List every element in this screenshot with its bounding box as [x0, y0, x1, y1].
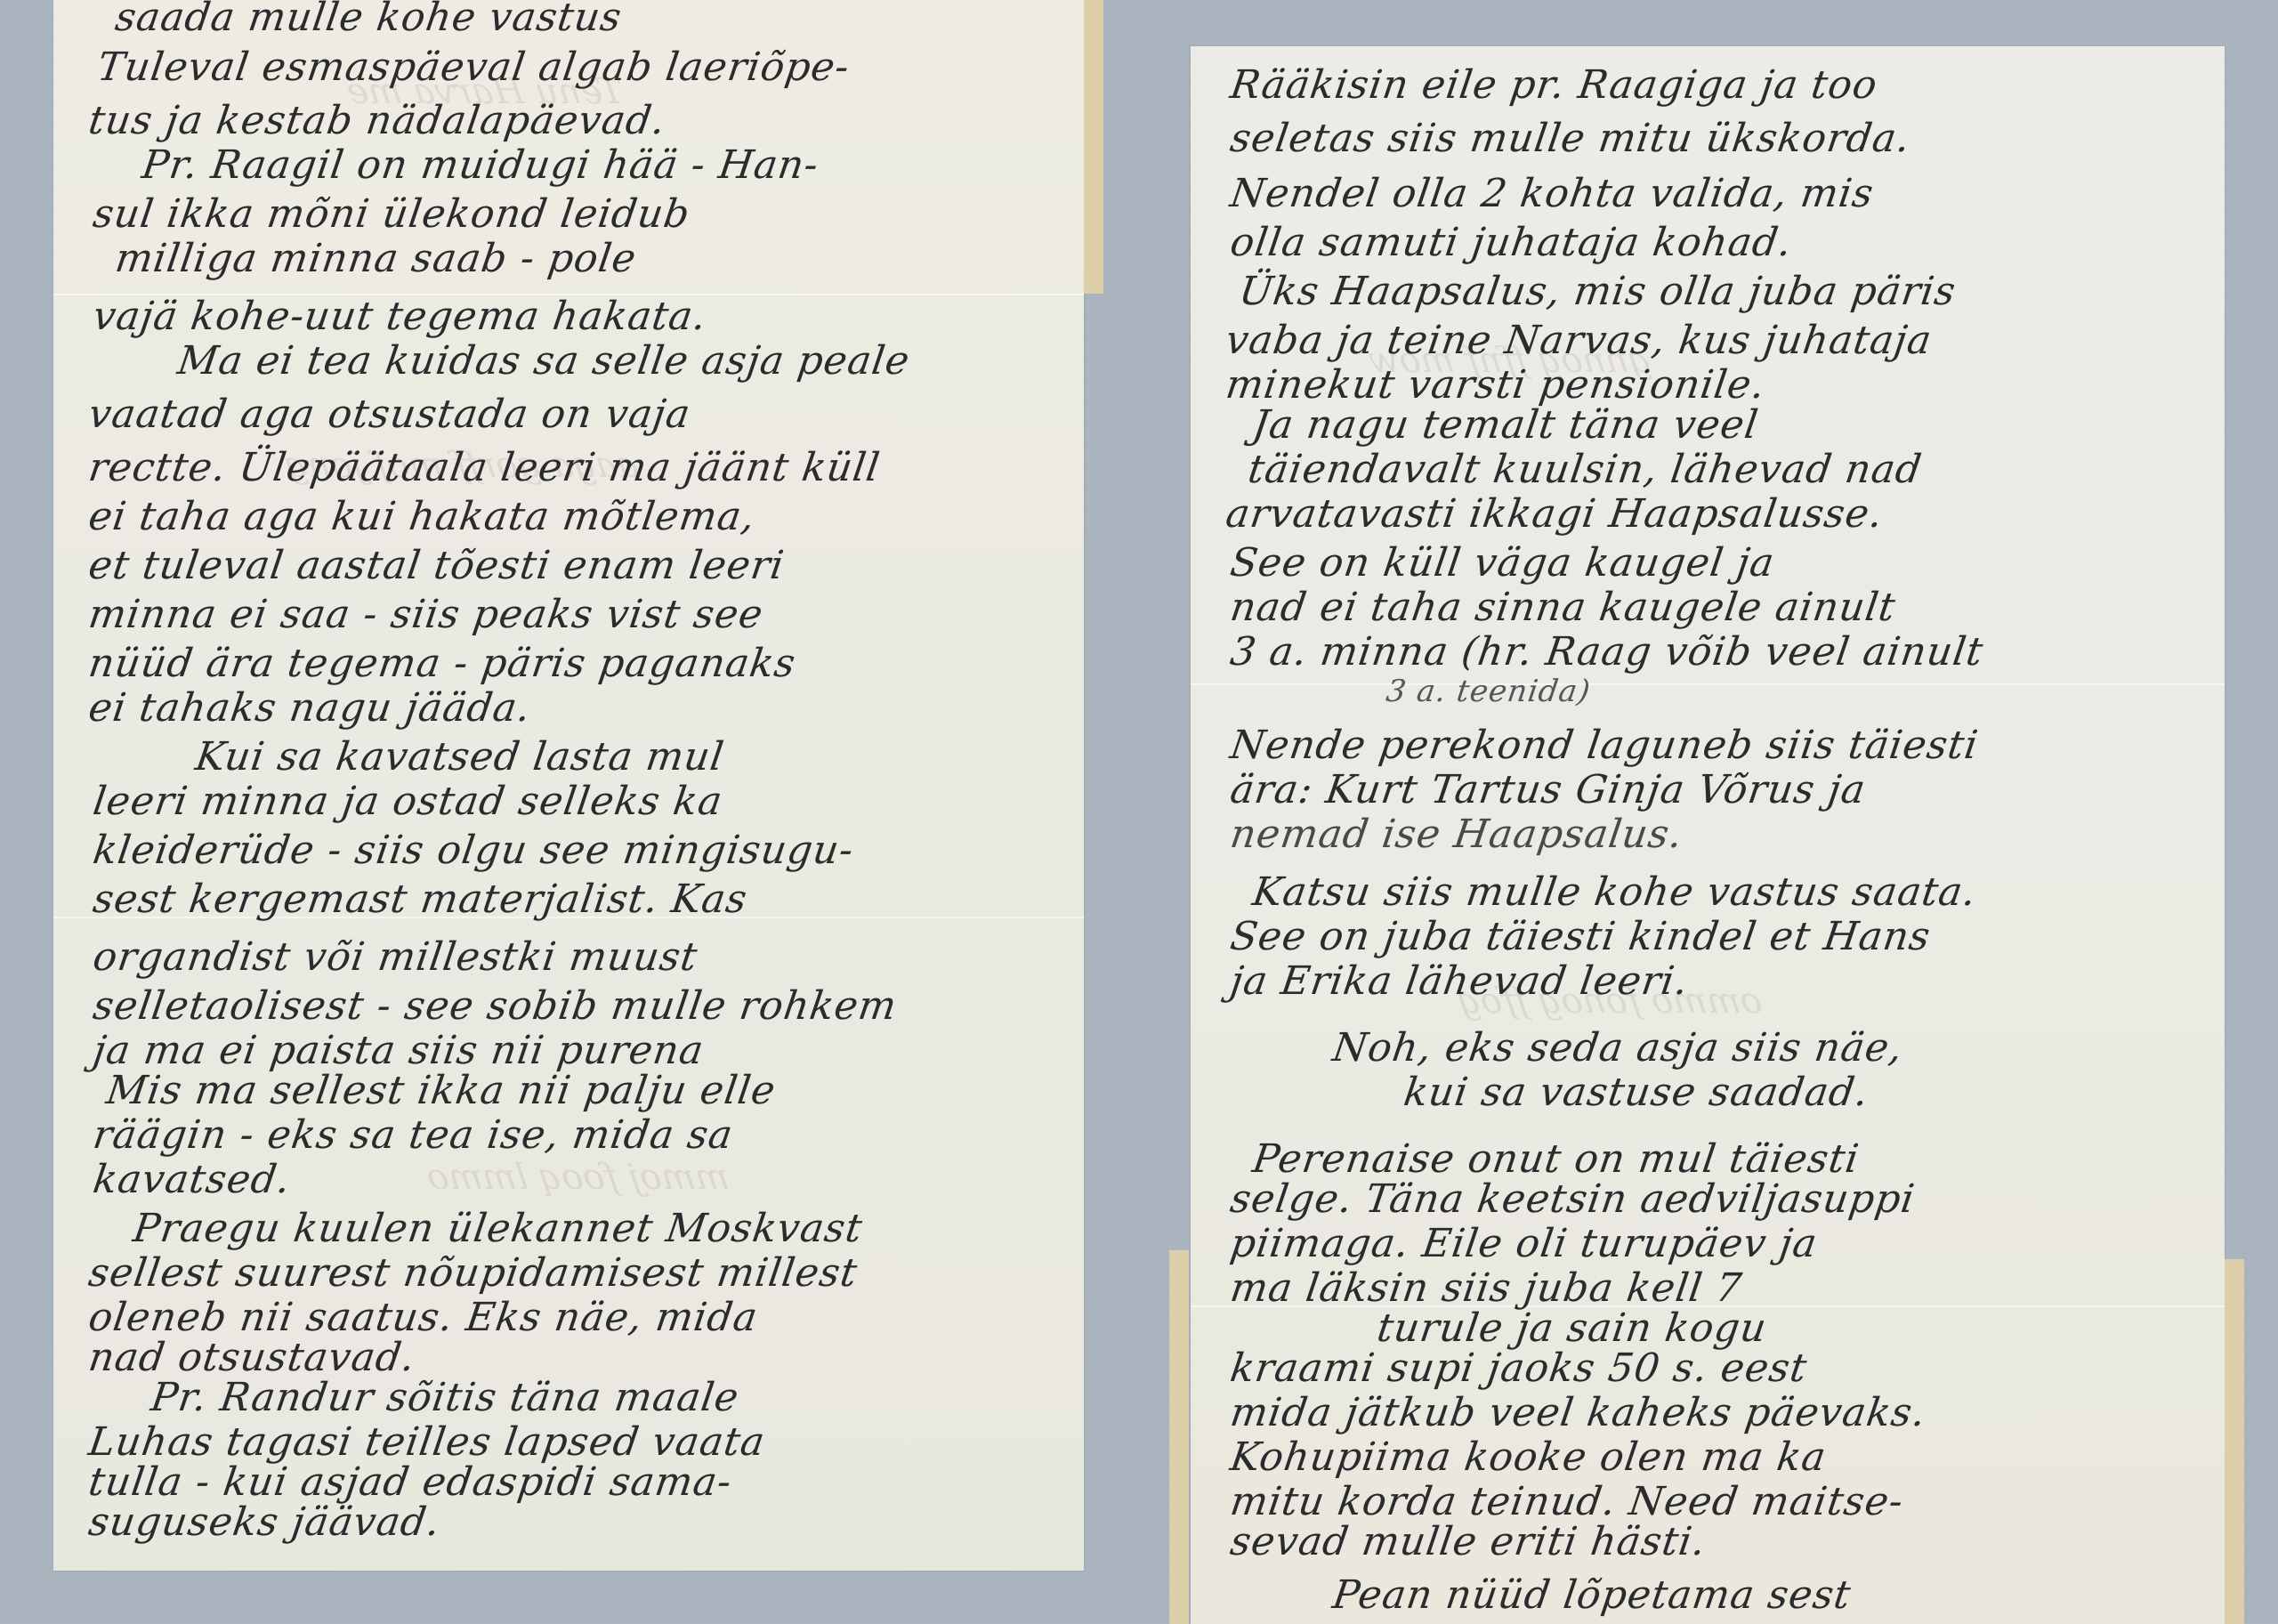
handwritten-line: tulla - kui asjad edaspidi sama-	[85, 1459, 734, 1505]
handwritten-line: Nende perekond laguneb siis täiesti	[1227, 723, 1981, 768]
handwritten-line: minna ei saa - siis peaks vist see	[85, 592, 766, 637]
handwritten-line: sest kergemast materjalist. Kas	[90, 877, 750, 922]
handwritten-line: tus ja kestab nädalapäevad.	[85, 98, 668, 143]
perforated-paper-edge	[1084, 0, 1103, 294]
handwritten-line: See on juba täiesti kindel et Hans	[1227, 914, 1933, 959]
paper-fold-line	[1191, 683, 2225, 686]
handwritten-line: Perenaise onut on mul täiesti	[1249, 1136, 1862, 1182]
handwritten-line: Luhas tagasi teilles lapsed vaata	[85, 1419, 768, 1465]
handwritten-line: ja Erika lähevad leeri.	[1227, 958, 1691, 1004]
handwritten-line: Rääkisin eile pr. Raagiga ja too	[1227, 62, 1880, 108]
handwritten-line: Katsu siis mulle kohe vastus saata.	[1249, 869, 1979, 915]
handwritten-line: sul ikka mõni ülekond leidub	[90, 191, 692, 237]
bleed-through-text: mmoj fooq lmmo	[424, 1157, 732, 1198]
handwritten-line: nemad ise Haapsalus.	[1227, 812, 1685, 857]
handwritten-line: suguseks jäävad.	[85, 1499, 443, 1545]
handwritten-line: ära: Kurt Tartus Ginja Võrus ja	[1227, 767, 1869, 812]
handwritten-line: organdist või millestki muust	[90, 934, 700, 980]
handwritten-line: vaba ja teine Narvas, kus juhataja	[1223, 318, 1935, 363]
handwritten-line: nad otsustavad.	[85, 1335, 418, 1380]
handwritten-line: seletas siis mulle mitu ükskorda.	[1227, 116, 1913, 161]
handwritten-line: Tuleval esmaspäeval algab laeriõpe-	[94, 44, 852, 90]
handwritten-line: ei taha aga kui hakata mõtlema,	[85, 494, 758, 539]
handwritten-line: olla samuti juhataja kohad.	[1227, 220, 1795, 265]
handwritten-line: sellest suurest nõupidamisest millest	[85, 1250, 860, 1296]
handwritten-line: et tuleval aastal tõesti enam leeri	[85, 543, 787, 588]
perforated-paper-edge	[2225, 1259, 2244, 1624]
handwritten-line: See on küll väga kaugel ja	[1227, 540, 1777, 586]
handwritten-line: Ja nagu temalt täna veel	[1249, 402, 1761, 448]
handwritten-line: leeri minna ja ostad selleks ka	[90, 779, 725, 824]
handwritten-line: nüüd ära tegema - päris paganaks	[85, 641, 798, 686]
handwritten-line: minekut varsti pensionile.	[1223, 362, 1768, 408]
handwritten-line: sevad mulle eriti hästi.	[1227, 1519, 1708, 1564]
handwritten-line: saada mulle kohe vastus	[112, 0, 625, 40]
handwritten-line: mida jätkub veel kaheks päevaks.	[1227, 1390, 1928, 1435]
handwritten-line: räägin - eks sa tea ise, mida sa	[90, 1112, 736, 1158]
handwritten-line: ma läksin siis juba kell 7	[1227, 1265, 1745, 1311]
handwritten-line: Noh, eks seda asja siis näe,	[1329, 1025, 1905, 1071]
handwritten-line: vaatad aga otsustada on vaja	[85, 392, 693, 437]
handwritten-line: Pean nüüd lõpetama sest	[1329, 1572, 1854, 1618]
handwritten-line: mitu korda teinud. Need maitse-	[1227, 1479, 1906, 1524]
handwritten-line: 3 a. minna (hr. Raag võib veel ainult	[1227, 629, 1986, 675]
handwritten-line: kraami supi jaoks 50 s. eest	[1227, 1345, 1810, 1391]
handwritten-line: Pr. Raagil on muidugi hää - Han-	[139, 142, 821, 188]
handwritten-line: kui sa vastuse saadad.	[1401, 1070, 1871, 1115]
handwritten-line: vajä kohe-uut tegema hakata.	[90, 294, 709, 339]
handwritten-line: Kohupiima kooke olen ma ka	[1227, 1434, 1829, 1480]
handwritten-line: Mis ma sellest ikka nii palju elle	[103, 1068, 779, 1113]
handwritten-line: Üks Haapsalus, mis olla juba päris	[1236, 269, 1959, 314]
document-viewer: Tenu Harva me aaga gorff mof jong mmoj f…	[0, 0, 2278, 1624]
letter-page-right: gnnog ffnf mow ommo fonog ffog Rääkisin …	[1191, 46, 2225, 1624]
handwritten-line: Praegu kuulen ülekannet Moskvast	[130, 1206, 865, 1251]
handwritten-line: selge. Täna keetsin aedviljasuppi	[1227, 1176, 1918, 1222]
handwritten-line: Ma ei tea kuidas sa selle asja peale	[174, 338, 912, 384]
handwritten-line: Pr. Randur sõitis täna maale	[148, 1375, 741, 1420]
handwritten-line: täiendavalt kuulsin, lähevad nad	[1245, 447, 1925, 492]
handwritten-line: ei tahaks nagu jääda.	[85, 685, 534, 731]
handwritten-line: turule ja sain kogu	[1374, 1305, 1769, 1351]
handwritten-line: Nendel olla 2 kohta valida, mis	[1227, 171, 1877, 216]
letter-page-left: Tenu Harva me aaga gorff mof jong mmoj f…	[53, 0, 1084, 1571]
handwritten-line: selletaolisest - see sobib mulle rohkem	[90, 983, 900, 1029]
handwritten-line: ja ma ei paista siis nii purena	[90, 1028, 707, 1073]
handwritten-line: Kui sa kavatsed lasta mul	[192, 734, 727, 780]
handwritten-note: 3 a. teenida)	[1384, 674, 1593, 709]
handwritten-line: piimaga. Eile oli turupäev ja	[1227, 1221, 1820, 1266]
perforated-paper-edge	[1169, 1250, 1189, 1624]
handwritten-line: arvatavasti ikkagi Haapsalusse.	[1223, 491, 1886, 537]
handwritten-line: rectte. Ülepäätaala leeri ma jäänt küll	[85, 445, 883, 490]
handwritten-line: milliga minna saab - pole	[112, 236, 639, 281]
handwritten-line: oleneb nii saatus. Eks näe, mida	[85, 1295, 761, 1340]
handwritten-line: nad ei taha sinna kaugele ainult	[1227, 585, 1898, 630]
handwritten-line: kavatsed.	[90, 1157, 294, 1202]
handwritten-line: kleiderüde - siis olgu see mingisugu-	[90, 828, 856, 873]
